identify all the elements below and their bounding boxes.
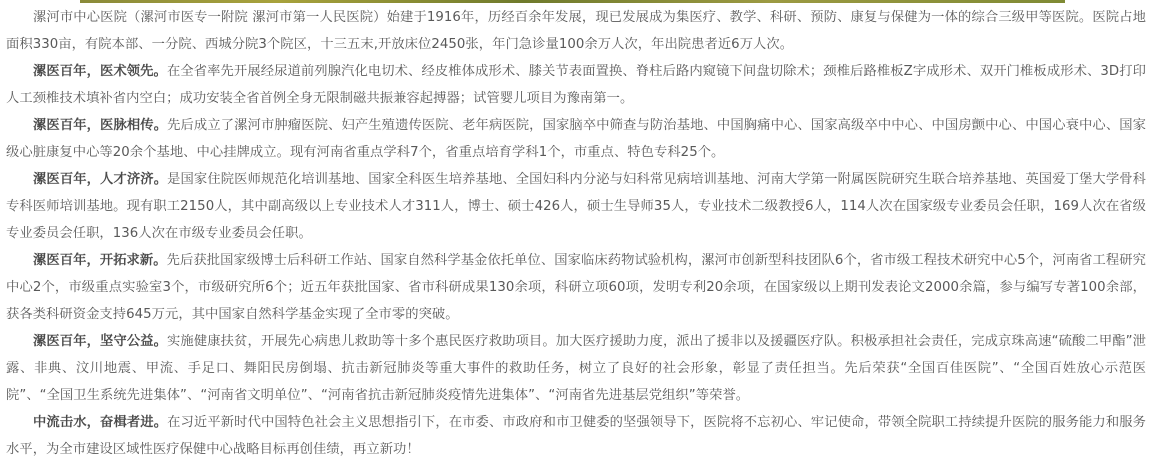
medical-skills-paragraph: 漯医百年，医术领先。在全省率先开展经尿道前列腺汽化电切术、经皮椎体成形术、膝关节… [6, 58, 1146, 112]
paragraph-body: 是国家住院医师规范化培训基地、国家全科医生培养基地、全国妇科内分泌与妇科常见病培… [6, 172, 1146, 241]
hospital-introduction-article: 漯河市中心医院（漯河市医专一附院 漯河市第一人民医院）始建于1916年，历经百余… [6, 4, 1146, 463]
intro-text: 漯河市中心医院（漯河市医专一附院 漯河市第一人民医院）始建于1916年，历经百余… [6, 10, 1146, 52]
paragraph-lead-heading: 漯医百年，医术领先。 [33, 64, 167, 79]
paragraph-body: 在全省率先开展经尿道前列腺汽化电切术、经皮椎体成形术、膝关节表面置换、脊柱后路内… [6, 64, 1146, 106]
talent-paragraph: 漯医百年，人才济济。是国家住院医师规范化培训基地、国家全科医生培养基地、全国妇科… [6, 166, 1146, 247]
innovation-paragraph: 漯医百年，开拓求新。先后获批国家级博士后科研工作站、国家自然科学基金依托单位、国… [6, 247, 1146, 328]
paragraph-lead-heading: 漯医百年，医脉相传。 [33, 118, 167, 133]
paragraph-body: 在习近平新时代中国特色社会主义思想指引下，在市委、市政府和市卫健委的坚强领导下，… [6, 415, 1146, 457]
outlook-paragraph: 中流击水，奋楫者进。在习近平新时代中国特色社会主义思想指引下，在市委、市政府和市… [6, 409, 1146, 463]
header-photo-strip [80, 0, 1065, 3]
public-welfare-paragraph: 漯医百年，坚守公益。实施健康扶贫，开展先心病患儿救助等十多个惠民医疗救助项目。加… [6, 328, 1146, 409]
paragraph-lead-heading: 漯医百年，坚守公益。 [33, 334, 167, 349]
paragraph-lead-heading: 漯医百年，开拓求新。 [33, 253, 167, 268]
heritage-paragraph: 漯医百年，医脉相传。先后成立了漯河市肿瘤医院、妇产生殖遗传医院、老年病医院，国家… [6, 112, 1146, 166]
paragraph-body: 实施健康扶贫，开展先心病患儿救助等十多个惠民医疗救助项目。加大医疗援助力度，派出… [6, 334, 1146, 403]
paragraph-body: 先后成立了漯河市肿瘤医院、妇产生殖遗传医院、老年病医院，国家脑卒中筛查与防治基地… [6, 118, 1146, 160]
paragraph-lead-heading: 中流击水，奋楫者进。 [33, 415, 167, 430]
intro-paragraph: 漯河市中心医院（漯河市医专一附院 漯河市第一人民医院）始建于1916年，历经百余… [6, 4, 1146, 58]
paragraph-lead-heading: 漯医百年，人才济济。 [33, 172, 167, 187]
paragraph-body: 先后获批国家级博士后科研工作站、国家自然科学基金依托单位、国家临床药物试验机构，… [6, 253, 1146, 322]
